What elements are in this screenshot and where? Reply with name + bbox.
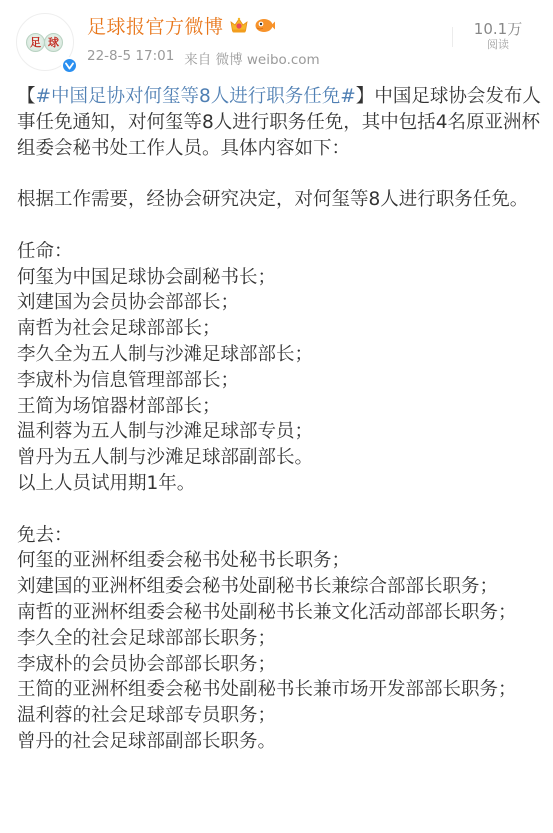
verified-badge-icon <box>61 57 78 74</box>
post-header: 足 球 足球报官方微博 22-8-5 17:01 <box>0 0 553 84</box>
spacer <box>17 213 542 239</box>
dismissal-item: 南哲的亚洲杯组委会秘书处副秘书长兼文化活动部部长职务； <box>17 600 542 626</box>
appointment-item: 温利蓉为五人制与沙滩足球部专员； <box>17 419 542 445</box>
author-name[interactable]: 足球报官方微博 <box>87 12 224 39</box>
post-meta: 22-8-5 17:01 来自 微博 weibo.com <box>87 48 320 68</box>
appointment-item: 王简为场馆器材部部长； <box>17 394 542 420</box>
decision-paragraph: 根据工作需要，经协会研究决定，对何玺等8人进行职务任免。 <box>17 187 542 213</box>
appointment-item: 李宬朴为信息管理部部长； <box>17 368 542 394</box>
bracket-open: 【 <box>17 86 36 107</box>
post-source: 来自 微博 weibo.com <box>184 48 319 68</box>
author-row: 足球报官方微博 <box>87 11 274 39</box>
hashtag-link[interactable]: #中国足协对何玺等8人进行职务任免# <box>36 86 356 107</box>
bracket-close: 】 <box>356 86 375 107</box>
intro-paragraph: 【#中国足协对何玺等8人进行职务任免#】中国足球协会发布人事任免通知，对何玺等8… <box>17 84 542 161</box>
read-count-value: 10.1万 <box>462 20 534 38</box>
dismissal-item: 温利蓉的社会足球部专员职务； <box>17 703 542 729</box>
appointment-item: 刘建国为会员协会部部长； <box>17 290 542 316</box>
read-count: 10.1万 阅读 <box>462 20 534 52</box>
appointment-item: 李久全为五人制与沙滩足球部部长； <box>17 342 542 368</box>
dismissal-item: 曾丹的社会足球部副部长职务。 <box>17 729 542 755</box>
dismiss-heading: 免去： <box>17 523 542 549</box>
appointment-item: 南哲为社会足球部部长； <box>17 316 542 342</box>
dismissal-item: 王简的亚洲杯组委会秘书处副秘书长兼市场开发部部长职务； <box>17 677 542 703</box>
appoint-heading: 任命： <box>17 239 542 265</box>
spacer <box>17 497 542 523</box>
avatar-logo-right: 球 <box>44 33 63 52</box>
appointment-item: 曾丹为五人制与沙滩足球部副部长。 <box>17 445 542 471</box>
read-count-label: 阅读 <box>462 38 534 52</box>
post-body: 【#中国足协对何玺等8人进行职务任免#】中国足球协会发布人事任免通知，对何玺等8… <box>17 84 542 755</box>
avatar-logo-left: 足 <box>26 33 45 52</box>
dismissal-item: 何玺的亚洲杯组委会秘书处秘书长职务； <box>17 548 542 574</box>
divider <box>452 27 453 47</box>
probation-note: 以上人员试用期1年。 <box>17 471 542 497</box>
appointment-item: 何玺为中国足球协会副秘书长； <box>17 265 542 291</box>
avatar[interactable]: 足 球 <box>16 13 74 71</box>
post-time[interactable]: 22-8-5 17:01 <box>87 48 174 68</box>
crown-icon[interactable] <box>229 16 249 34</box>
spacer <box>17 161 542 187</box>
fish-icon[interactable] <box>254 16 274 34</box>
dismissal-item: 李久全的社会足球部部长职务； <box>17 626 542 652</box>
dismissal-item: 刘建国的亚洲杯组委会秘书处副秘书长兼综合部部长职务； <box>17 574 542 600</box>
dismissal-item: 李宬朴的会员协会部部长职务； <box>17 652 542 678</box>
